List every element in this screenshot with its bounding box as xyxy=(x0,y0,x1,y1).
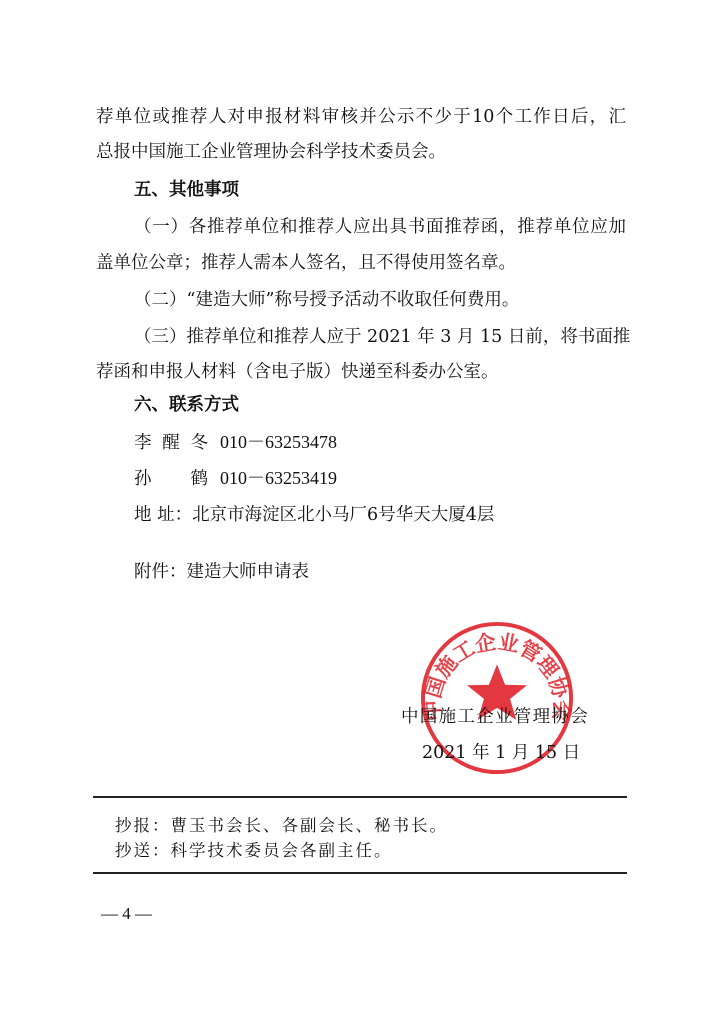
section-heading-contact: 六、联系方式 xyxy=(134,393,239,417)
signature-date: 2021 年 1 月 15 日 xyxy=(422,741,580,765)
page-number: — 4 — xyxy=(101,903,152,925)
contact-phone: 010－63253478 xyxy=(220,432,337,452)
item-2: （二）“建造大师”称号授予活动不收取任何费用。 xyxy=(134,288,519,312)
attachment: 附件：建造大师申请表 xyxy=(134,560,309,584)
contact-name: 孙 鹤 xyxy=(134,467,208,491)
item-3-line: 荐函和申报人材料（含电子版）快递至科委办公室。 xyxy=(96,360,499,384)
item-1-line: （一）各推荐单位和推荐人应出具书面推荐函，推荐单位应加 xyxy=(134,215,626,239)
contact-phone: 010－63253419 xyxy=(220,468,337,488)
item-3-line: （三）推荐单位和推荐人应于 2021 年 3 月 15 日前，将书面推 xyxy=(134,325,626,349)
divider xyxy=(93,872,627,874)
paragraph-line: 总报中国施工企业管理协会科学技术委员会。 xyxy=(96,140,446,164)
address: 地 址：北京市海淀区北小马厂6号华天大厦4层 xyxy=(134,503,494,527)
section-heading-other-matters: 五、其他事项 xyxy=(134,178,239,202)
item-1-line: 盖单位公章；推荐人需本人签名，且不得使用签名章。 xyxy=(96,251,516,275)
contact-row: 李醒冬010－63253478 xyxy=(134,430,337,454)
cc-send-to: 抄送：科学技术委员会各副主任。 xyxy=(115,840,393,862)
cc-report-to: 抄报：曹玉书会长、各副会长、秘书长。 xyxy=(115,815,448,837)
divider xyxy=(93,796,627,798)
contact-name: 李醒冬 xyxy=(134,431,208,455)
paragraph-line: 荐单位或推荐人对申报材料审核并公示不少于10个工作日后，汇 xyxy=(96,105,626,129)
contact-row: 孙 鹤010－63253419 xyxy=(134,466,337,490)
signature-org: 中国施工企业管理协会 xyxy=(401,705,589,729)
